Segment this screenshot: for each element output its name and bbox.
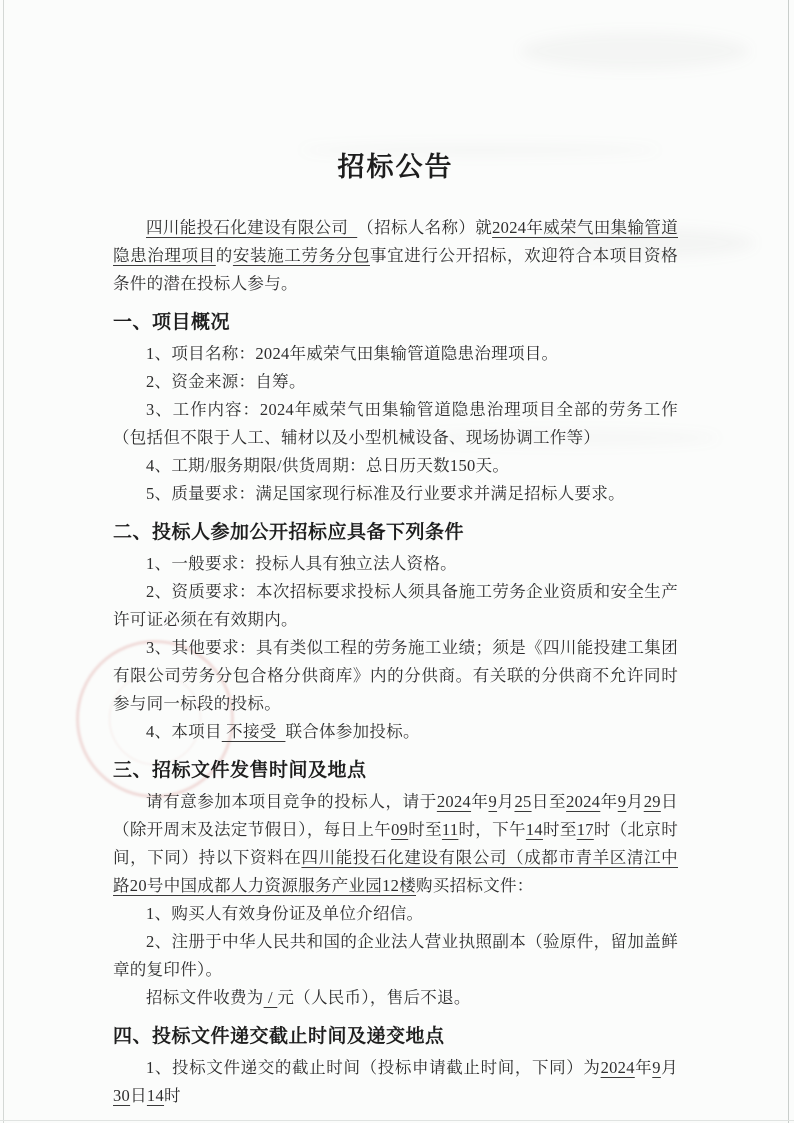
section-1-item-3: 3、工作内容：2024年威荣气田集输管道隐患治理项目全部的劳务工作（包括但不限于… [113,396,678,452]
section-1-item-1: 1、项目名称：2024年威荣气田集输管道隐患治理项目。 [113,340,678,368]
scan-edge-left-line [3,0,4,1123]
section-4-item-1: 1、投标文件递交的截止时间（投标申请截止时间，下同）为2024年9月30日14时 [113,1054,678,1110]
intro-paragraph: 四川能投石化建设有限公司 （招标人名称）就2024年威荣气田集输管道隐患治理项目… [113,214,678,298]
scanned-document-page: 招标公告 四川能投石化建设有限公司 （招标人名称）就2024年威荣气田集输管道隐… [0,0,794,1123]
section-1-heading: 一、项目概况 [113,308,678,338]
section-2-item-1: 1、一般要求：投标人具有独立法人资格。 [113,550,678,578]
section-2-item-3: 3、其他要求：具有类似工程的劳务施工业绩；须是《四川能投建工集团有限公司劳务分包… [113,634,678,718]
section-1-item-2: 2、资金来源：自筹。 [113,368,678,396]
section-3-heading: 三、招标文件发售时间及地点 [113,756,678,786]
page-number: 2 [0,1024,794,1041]
section-3-paragraph: 请有意参加本项目竞争的投标人，请于2024年9月25日至2024年9月29日（除… [113,788,678,900]
document-title: 招标公告 [113,150,678,184]
section-2-heading: 二、投标人参加公开招标应具备下列条件 [113,518,678,548]
section-1-item-4: 4、工期/服务期限/供货周期：总日历天数150天。 [113,452,678,480]
section-2-item-2: 2、资质要求：本次招标要求投标人须具备施工劳务企业资质和安全生产许可证必须在有效… [113,578,678,634]
document-body: 招标公告 四川能投石化建设有限公司 （招标人名称）就2024年威荣气田集输管道隐… [113,150,678,1110]
scan-edge-bottom-line [0,1120,794,1121]
section-1-item-5: 5、质量要求：满足国家现行标准及行业要求并满足招标人要求。 [113,480,678,508]
bleedthrough-smudge [520,32,750,70]
section-2-item-4: 4、本项目 不接受 联合体参加投标。 [113,718,678,746]
section-3-item-2: 2、注册于中华人民共和国的企业法人营业执照副本（验原件，留加盖鲜章的复印件）。 [113,928,678,984]
section-3-fee-line: 招标文件收费为 / 元（人民币），售后不退。 [113,984,678,1012]
scan-edge-right-line [788,0,789,1123]
section-3-item-1: 1、购买人有效身份证及单位介绍信。 [113,900,678,928]
